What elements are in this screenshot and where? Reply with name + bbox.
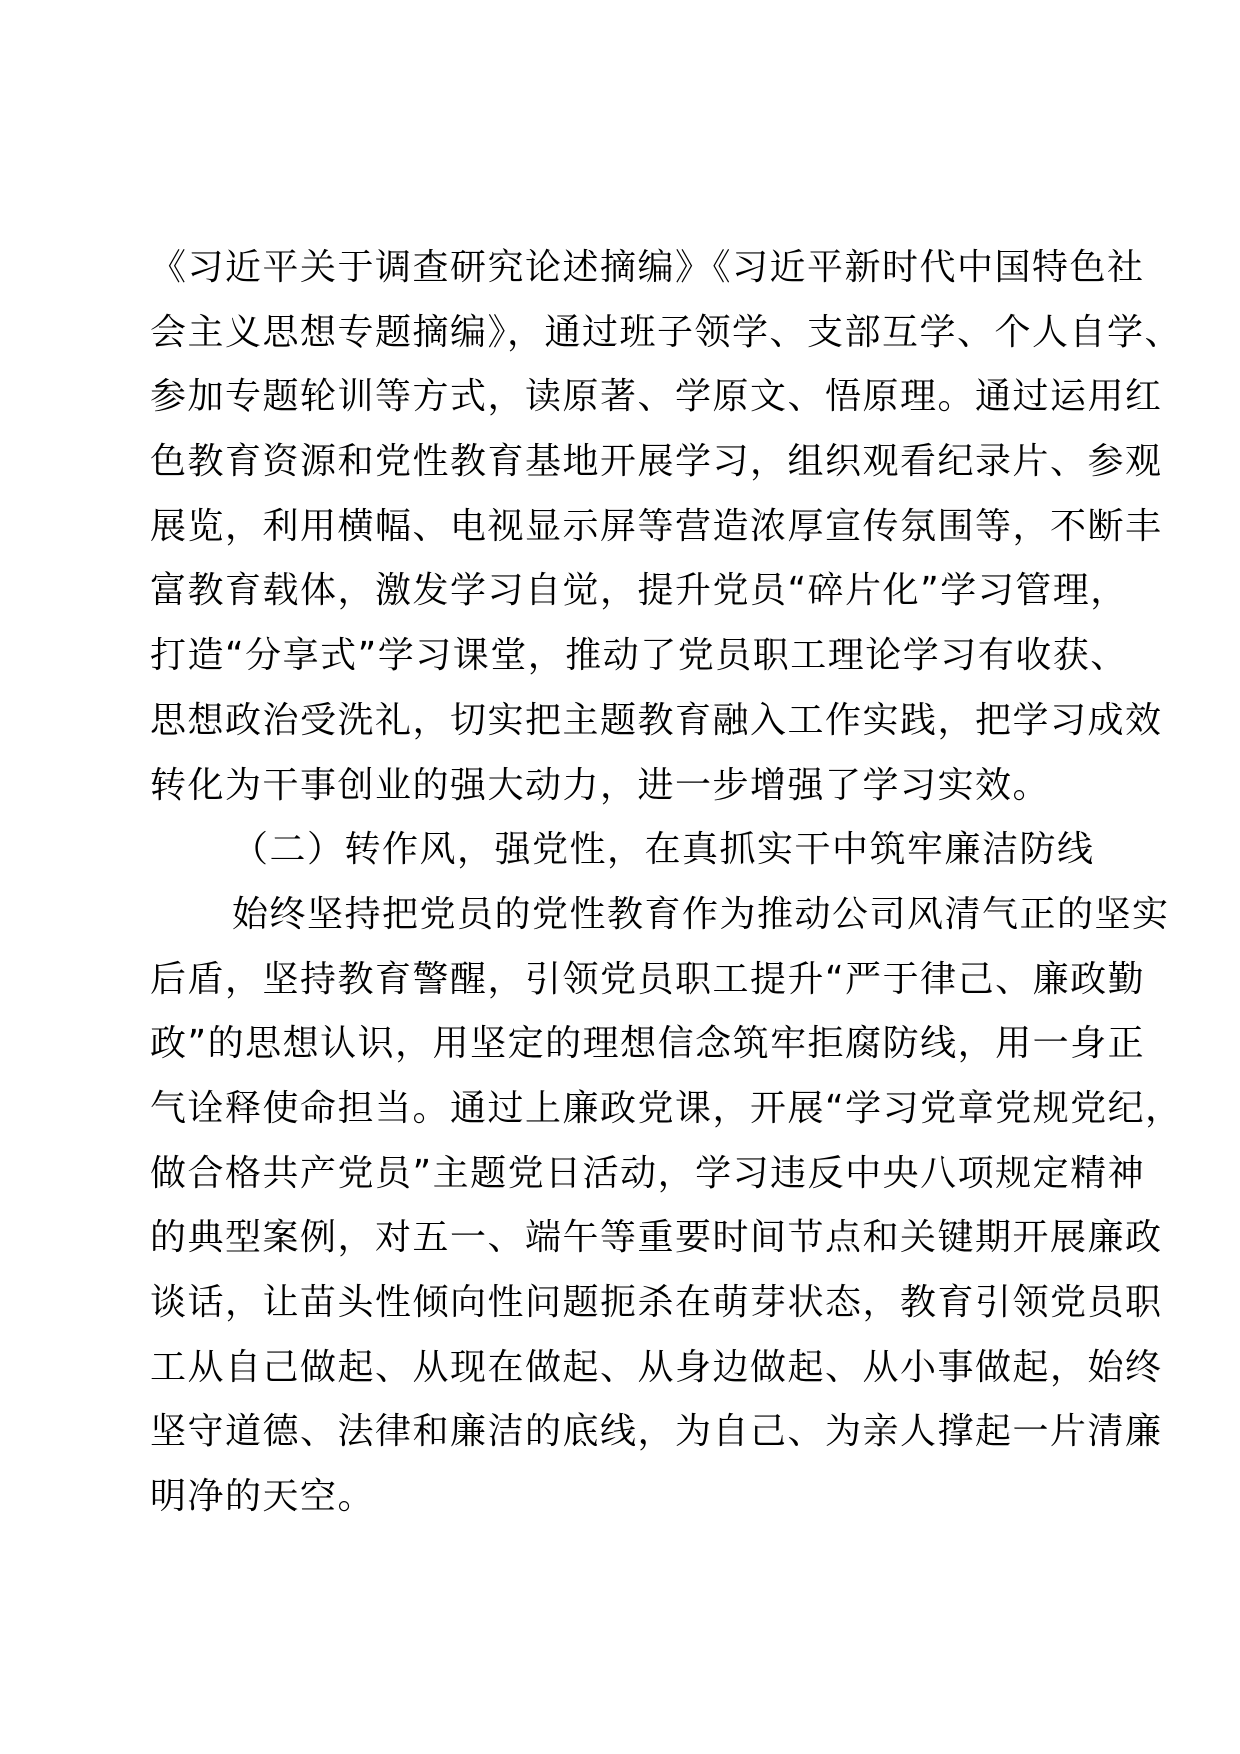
paragraph-line: 参加专题轮训等方式，读原著、学原文、悟原理。通过运用红	[150, 365, 1110, 430]
section-heading: （二）转作风，强党性，在真抓实干中筑牢廉洁防线	[150, 818, 1110, 883]
paragraph-line: 富教育载体，激发学习自觉，提升党员“碎片化”学习管理，	[150, 559, 1110, 624]
paragraph-line: 气诠释使命担当。通过上廉政党课，开展“学习党章党规党纪，	[150, 1077, 1110, 1142]
paragraph-line: 坚守道德、法律和廉洁的底线，为自己、为亲人撑起一片清廉	[150, 1400, 1110, 1465]
document-body: 《习近平关于调查研究论述摘编》《习近平新时代中国特色社 会主义思想专题摘编》，通…	[150, 236, 1110, 1530]
paragraph-line: 展览，利用横幅、电视显示屏等营造浓厚宣传氛围等，不断丰	[150, 495, 1110, 560]
paragraph-line: 后盾，坚持教育警醒，引领党员职工提升“严于律己、廉政勤	[150, 948, 1110, 1013]
paragraph-line: 的典型案例，对五一、端午等重要时间节点和关键期开展廉政	[150, 1206, 1110, 1271]
paragraph-line: 明净的天空。	[150, 1465, 1110, 1530]
paragraph-line: 做合格共产党员”主题党日活动，学习违反中央八项规定精神	[150, 1142, 1110, 1207]
paragraph-line: 思想政治受洗礼，切实把主题教育融入工作实践，把学习成效	[150, 689, 1110, 754]
paragraph-line: 《习近平关于调查研究论述摘编》《习近平新时代中国特色社	[150, 236, 1110, 301]
paragraph-line: 谈话，让苗头性倾向性问题扼杀在萌芽状态，教育引领党员职	[150, 1271, 1110, 1336]
paragraph-line: 始终坚持把党员的党性教育作为推动公司风清气正的坚实	[150, 883, 1110, 948]
document-page: 《习近平关于调查研究论述摘编》《习近平新时代中国特色社 会主义思想专题摘编》，通…	[0, 0, 1240, 1754]
paragraph-line: 转化为干事创业的强大动力，进一步增强了学习实效。	[150, 754, 1110, 819]
paragraph-line: 会主义思想专题摘编》，通过班子领学、支部互学、个人自学、	[150, 301, 1110, 366]
paragraph-line: 政”的思想认识，用坚定的理想信念筑牢拒腐防线，用一身正	[150, 1012, 1110, 1077]
paragraph-line: 打造“分享式”学习课堂，推动了党员职工理论学习有收获、	[150, 624, 1110, 689]
paragraph-line: 工从自己做起、从现在做起、从身边做起、从小事做起，始终	[150, 1336, 1110, 1401]
paragraph-line: 色教育资源和党性教育基地开展学习，组织观看纪录片、参观	[150, 430, 1110, 495]
